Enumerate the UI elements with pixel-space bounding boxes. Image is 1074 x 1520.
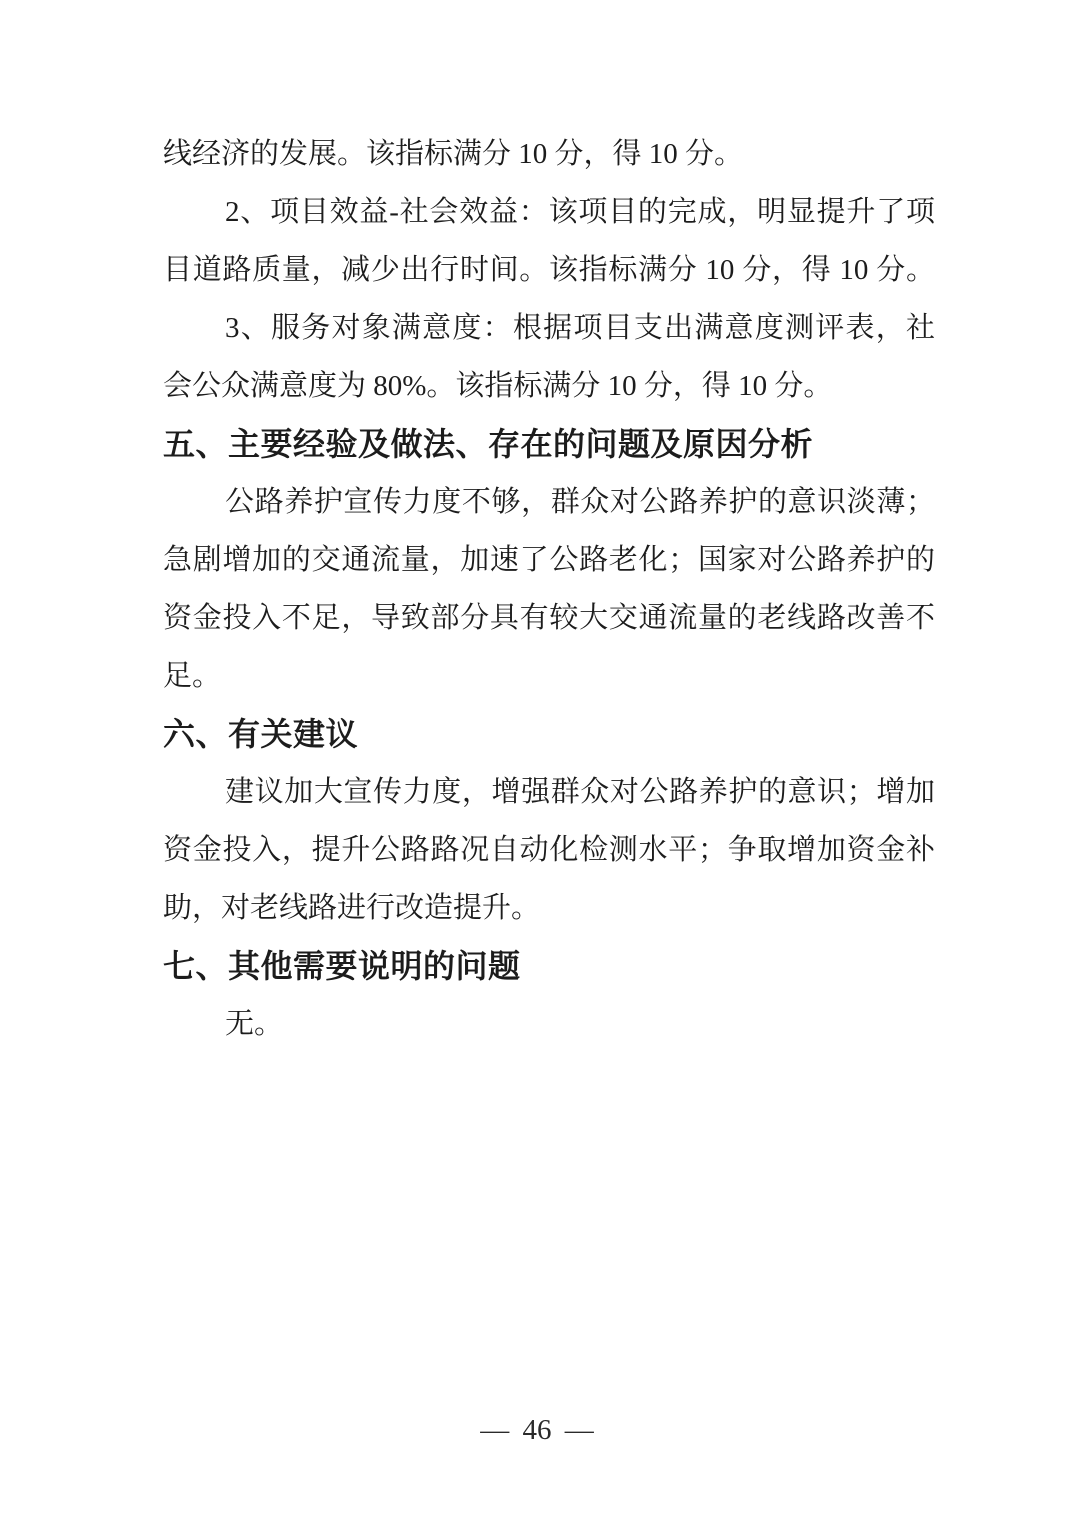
body-line: 2、项目效益-社会效益：该项目的完成，明显提升了项: [163, 183, 935, 241]
body-line: 建议加大宣传力度，增强群众对公路养护的意识；增加: [163, 763, 935, 821]
body-line: 3、服务对象满意度：根据项目支出满意度测评表，社: [163, 299, 935, 357]
body-line: 足。: [163, 647, 935, 705]
body-line: 急剧增加的交通流量，加速了公路老化；国家对公路养护的: [163, 531, 935, 589]
body-line: 资金投入，提升公路路况自动化检测水平；争取增加资金补: [163, 821, 935, 879]
body-line: 线经济的发展。该指标满分 10 分，得 10 分。: [163, 125, 935, 183]
body-line: 助，对老线路进行改造提升。: [163, 879, 935, 937]
document-page: 线经济的发展。该指标满分 10 分，得 10 分。 2、项目效益-社会效益：该项…: [0, 0, 1074, 1520]
body-line: 目道路质量，减少出行时间。该指标满分 10 分，得 10 分。: [163, 241, 935, 299]
section-heading: 六、有关建议: [163, 705, 935, 763]
section-heading: 五、主要经验及做法、存在的问题及原因分析: [163, 415, 935, 473]
body-line: 会公众满意度为 80%。该指标满分 10 分，得 10 分。: [163, 357, 935, 415]
body-line: 公路养护宣传力度不够，群众对公路养护的意识淡薄；: [163, 473, 935, 531]
document-body: 线经济的发展。该指标满分 10 分，得 10 分。 2、项目效益-社会效益：该项…: [163, 125, 935, 1053]
body-line: 无。: [163, 995, 935, 1053]
body-line: 资金投入不足，导致部分具有较大交通流量的老线路改善不: [163, 589, 935, 647]
page-number: — 46 —: [0, 1410, 1074, 1450]
section-heading: 七、其他需要说明的问题: [163, 937, 935, 995]
